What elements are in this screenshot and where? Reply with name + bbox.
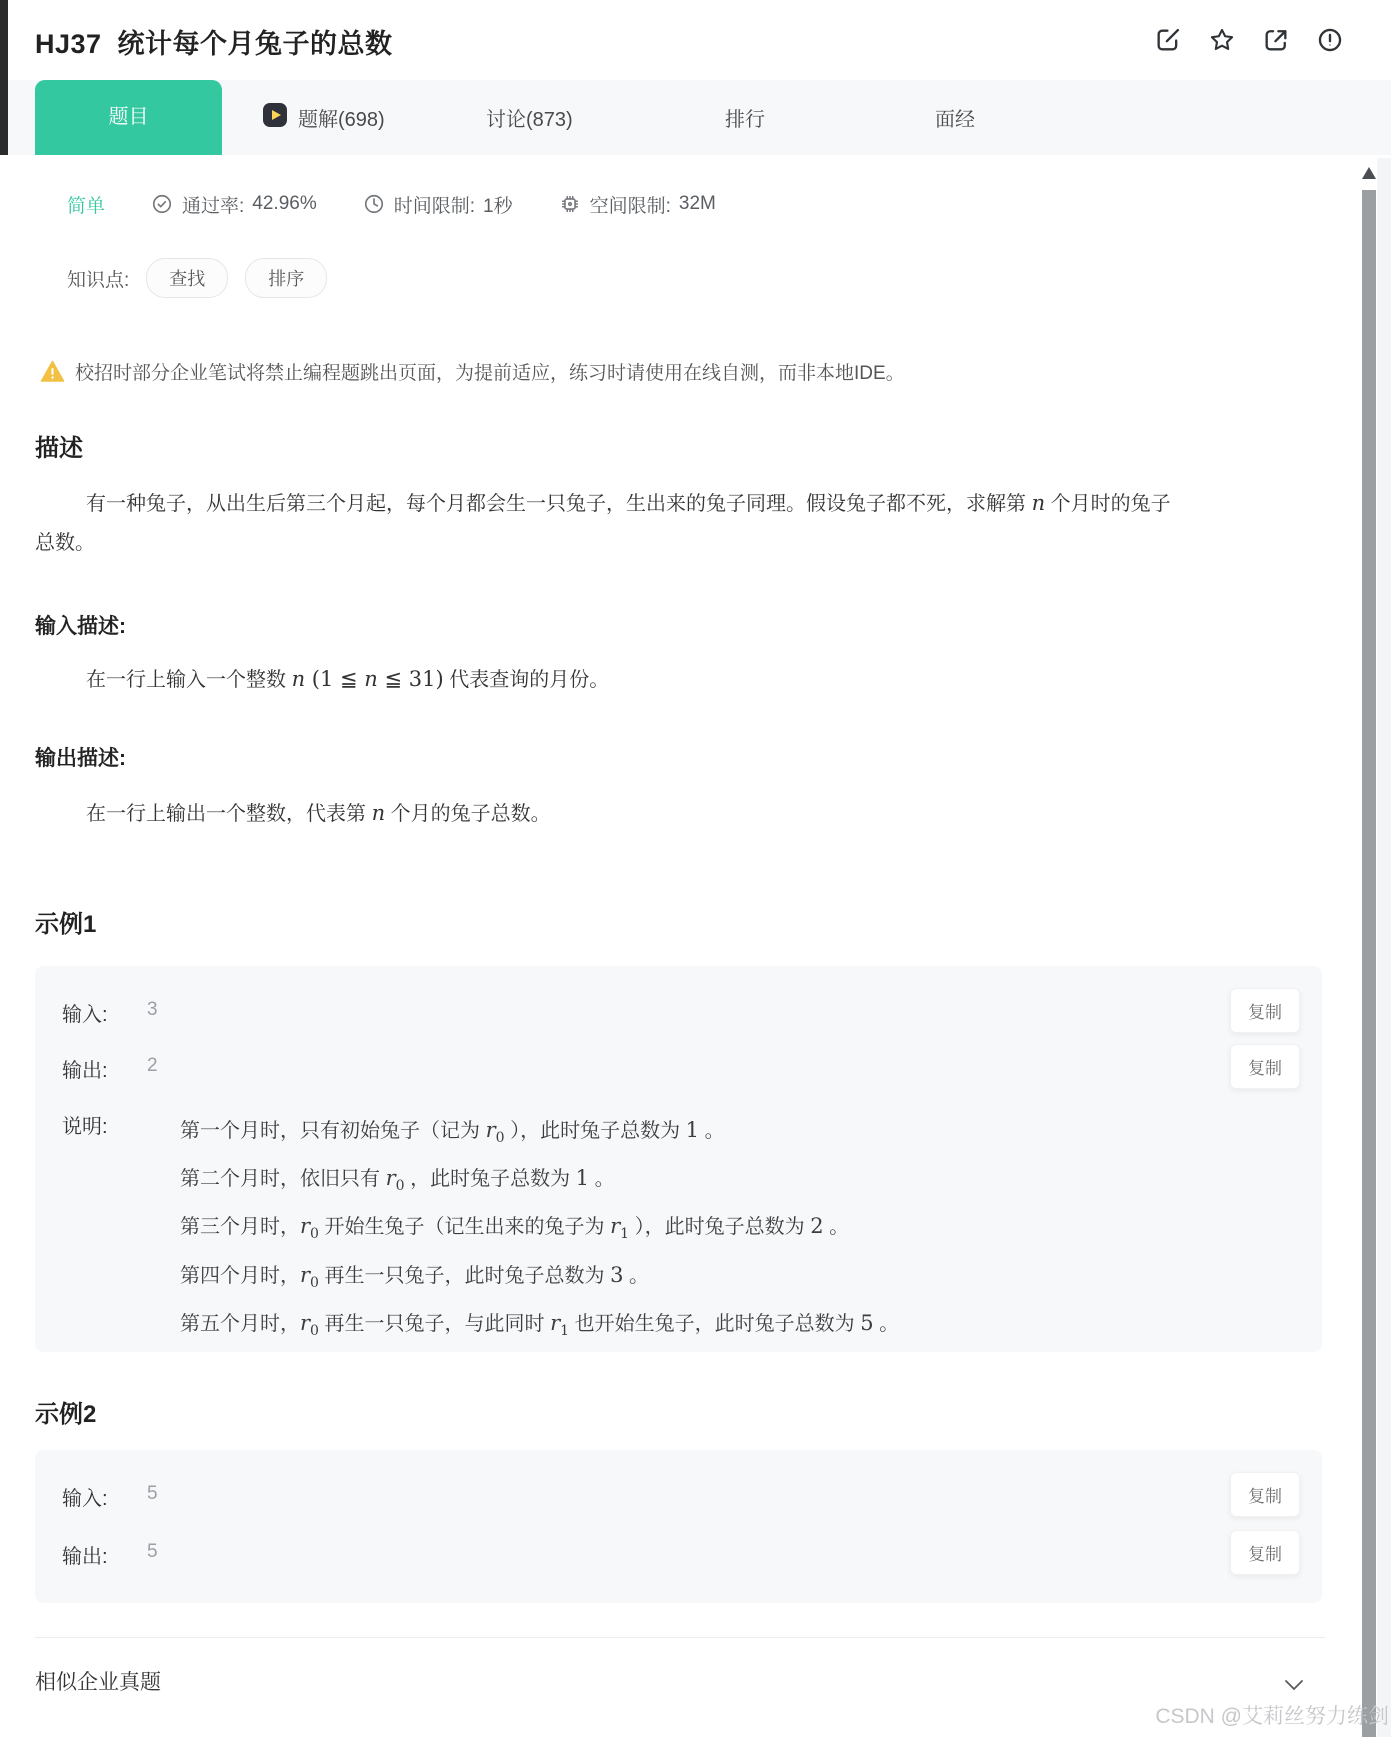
- example1-explain-label: 说明:: [62, 1110, 108, 1139]
- example2-output-value: 5: [147, 1541, 158, 1563]
- explain-line: 第二个月时，依旧只有 r0 ，此时兔子总数为 1 。: [180, 1158, 899, 1206]
- example2-box: 输入: 5 复制 输出: 5 复制: [35, 1450, 1322, 1603]
- header: HJ37 统计每个月兔子的总数: [8, 0, 1391, 80]
- problem-page: HJ37 统计每个月兔子的总数: [0, 0, 1391, 1737]
- copy-output-button[interactable]: 复制: [1230, 1530, 1300, 1575]
- tab-solutions[interactable]: 题解(698): [262, 80, 385, 155]
- clock-icon: [363, 193, 385, 215]
- tab-discussion[interactable]: 讨论(873): [486, 80, 573, 155]
- explain-line: 第四个月时，r0 再生一只兔子，此时兔子总数为 3 。: [180, 1255, 899, 1303]
- pass-rate-stat: 通过率: 42.96%: [151, 191, 317, 218]
- explain-line: 第五个月时，r0 再生一只兔子，与此同时 r1 也开始生兔子，此时兔子总数为 5…: [180, 1303, 899, 1351]
- example2-heading: 示例2: [35, 1394, 96, 1429]
- knowledge-row: 知识点: 查找 排序: [67, 258, 327, 298]
- similar-questions-title[interactable]: 相似企业真题: [35, 1666, 161, 1696]
- difficulty-badge: 简单: [67, 191, 105, 218]
- input-desc-paragraph: 在一行上输入一个整数 n (1 ≦ n ≦ 31) 代表查询的月份。: [35, 660, 1185, 700]
- example1-output-value: 2: [147, 1055, 158, 1077]
- space-limit-stat: 空间限制: 32M: [559, 191, 716, 218]
- tab-interview-label: 面经: [935, 103, 975, 132]
- example1-input-value: 3: [147, 999, 158, 1021]
- explain-line: 第三个月时，r0 开始生兔子（记生出来的兔子为 r1 ），此时兔子总数为 2 。: [180, 1206, 899, 1254]
- example1-input-label: 输入:: [62, 998, 108, 1027]
- header-actions: [1154, 26, 1344, 54]
- scrollbar-track[interactable]: [1377, 158, 1391, 1737]
- output-desc-paragraph: 在一行上输出一个整数，代表第 n 个月的兔子总数。: [35, 794, 1185, 834]
- meta-stats-row: 简单 通过率: 42.96% 时间限制: 1秒 空间限制: 32M: [67, 188, 762, 220]
- example2-output-label: 输出:: [62, 1540, 108, 1569]
- time-limit-label: 时间限制:: [394, 191, 475, 218]
- description-heading: 描述: [35, 428, 83, 463]
- report-icon[interactable]: [1316, 26, 1344, 54]
- example1-explanation: 第一个月时，只有初始兔子（记为 r0 ），此时兔子总数为 1 。 第二个月时，依…: [180, 1110, 899, 1351]
- copy-input-button[interactable]: 复制: [1230, 988, 1300, 1033]
- example2-input-value: 5: [147, 1483, 158, 1505]
- input-desc-heading: 输入描述:: [35, 610, 126, 640]
- section-divider: [35, 1637, 1325, 1638]
- page-title: HJ37 统计每个月兔子的总数: [35, 22, 393, 61]
- chevron-down-icon[interactable]: [1284, 1678, 1304, 1696]
- explain-line: 第一个月时，只有初始兔子（记为 r0 ），此时兔子总数为 1 。: [180, 1110, 899, 1158]
- space-limit-label: 空间限制:: [590, 191, 671, 218]
- scroll-up-arrow-icon[interactable]: [1362, 167, 1376, 179]
- video-icon: [262, 102, 288, 134]
- tab-discussion-label: 讨论(873): [486, 103, 573, 132]
- chip-icon: [559, 193, 581, 215]
- tab-interview[interactable]: 面经: [935, 80, 975, 155]
- example1-output-label: 输出:: [62, 1054, 108, 1083]
- output-desc-heading: 输出描述:: [35, 742, 126, 772]
- external-link-icon[interactable]: [1262, 26, 1290, 54]
- tag-search[interactable]: 查找: [146, 258, 228, 298]
- knowledge-label: 知识点:: [67, 265, 129, 292]
- warning-icon: [40, 360, 65, 383]
- tab-ranking[interactable]: 排行: [725, 80, 765, 155]
- tab-solutions-label: 题解(698): [298, 103, 385, 132]
- copy-output-button[interactable]: 复制: [1230, 1044, 1300, 1089]
- left-edge-bar: [0, 0, 8, 155]
- tab-ranking-label: 排行: [725, 103, 765, 132]
- description-paragraph: 有一种兔子，从出生后第三个月起，每个月都会生一只兔子，生出来的兔子同理。假设兔子…: [35, 484, 1185, 563]
- copy-input-button[interactable]: 复制: [1230, 1472, 1300, 1517]
- tag-sort[interactable]: 排序: [245, 258, 327, 298]
- space-limit-value: 32M: [679, 193, 716, 215]
- notice-banner: 校招时部分企业笔试将禁止编程题跳出页面，为提前适应，练习时请使用在线自测，而非本…: [40, 358, 905, 385]
- example2-input-label: 输入:: [62, 1482, 108, 1511]
- edit-icon[interactable]: [1154, 26, 1182, 54]
- tab-problem[interactable]: 题目: [35, 80, 222, 155]
- watermark: CSDN @艾莉丝努力练剑: [1155, 1700, 1389, 1730]
- example1-box: 输入: 3 复制 输出: 2 复制 说明: 第一个月时，只有初始兔子（记为 r0…: [35, 966, 1322, 1352]
- pass-rate-label: 通过率:: [182, 191, 244, 218]
- time-limit-stat: 时间限制: 1秒: [363, 191, 513, 218]
- scrollbar-thumb[interactable]: [1362, 190, 1376, 1737]
- tab-bar: 题目 题解(698) 讨论(873) 排行 面经: [8, 80, 1391, 155]
- pass-rate-value: 42.96%: [252, 193, 316, 215]
- time-limit-value: 1秒: [483, 191, 513, 218]
- example1-heading: 示例1: [35, 904, 96, 939]
- check-circle-icon: [151, 193, 173, 215]
- star-icon[interactable]: [1208, 26, 1236, 54]
- notice-text: 校招时部分企业笔试将禁止编程题跳出页面，为提前适应，练习时请使用在线自测，而非本…: [75, 358, 905, 385]
